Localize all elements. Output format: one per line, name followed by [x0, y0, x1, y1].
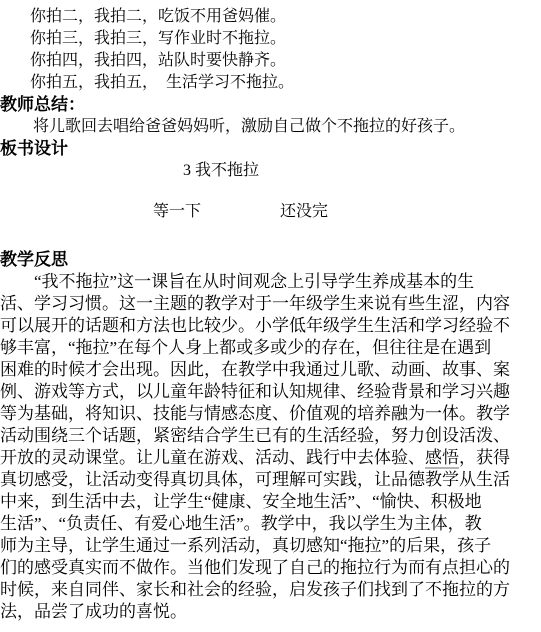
reflection-line: 师为主导，让学生通过一系列活动，真切感知“拖拉”的后果，孩子 [0, 535, 541, 557]
reflection-line: 生活”、“负责任、有爱心地生活”。教学中，我以学生为主体，教 [0, 513, 541, 535]
reflection-line: 中来，到生活中去，让学生“健康、安全地生活”、“愉快、积极地 [0, 491, 541, 513]
marked-line-pre: 开放的灵动课堂。让儿童在游戏、活动、践行中去体验、 [0, 448, 425, 467]
marked-line-post: ，获得 [459, 448, 510, 467]
reflection-line: 时候，来自同伴、家长和社会的经验，启发孩子们找到了不拖拉的方 [0, 579, 541, 601]
board-design-heading: 板书设计 [0, 138, 541, 160]
reflection-line: 活动围绕三个话题，紧密结合学生已有的生活经验，努力创设活泼、 [0, 425, 541, 447]
rhyme-line: 你拍二，我拍二，吃饭不用爸妈催。 [30, 6, 541, 28]
reflection-line: 法，品尝了成功的喜悦。 [0, 601, 541, 623]
reflection-line-marked: 开放的灵动课堂。让儿童在游戏、活动、践行中去体验、感悟，获得 [0, 447, 541, 469]
reflection-line: 活、学习习惯。这一主题的教学对于一年级学生来说有些生涩，内容 [0, 293, 541, 315]
teacher-summary-text: 将儿歌回去唱给爸爸妈妈听，激励自己做个不拖拉的好孩子。 [0, 116, 541, 138]
reflection-line: 们的感受真实而不做作。当他们发现了自己的拖拉行为而有点担心的 [0, 557, 541, 579]
reflection-line: 例、游戏等方式，以儿童年龄特征和认知规律、经验背景和学习兴趣 [0, 381, 541, 403]
board-item-right: 还没完 [280, 203, 328, 220]
board-item-left: 等一下 [153, 203, 201, 220]
board-title: 3 我不拖拉 [183, 160, 541, 182]
reflection-line: “我不拖拉”这一课旨在从时间观念上引导学生养成基本的生 [0, 271, 541, 293]
rhyme-line: 你拍五，我拍五， 生活学习不拖拉。 [30, 72, 541, 94]
board-items-row: 等一下还没完 [0, 201, 541, 223]
reflection-heading: 教学反思 [0, 249, 541, 271]
teacher-summary-heading: 教师总结： [0, 94, 541, 116]
reflection-paragraph: “我不拖拉”这一课旨在从时间观念上引导学生养成基本的生 活、学习习惯。这一主题的… [0, 271, 541, 623]
rhyme-section: 你拍二，我拍二，吃饭不用爸妈催。 你拍三，我拍三，写作业时不拖拉。 你拍四，我拍… [0, 0, 541, 94]
document-page: { "colors": { "background": "#ffffff", "… [0, 0, 541, 632]
underlined-word: 感悟 [425, 448, 459, 469]
reflection-line: 够丰富，“拖拉”在每个人身上都或多或少的存在，但往往是在遇到 [0, 337, 541, 359]
rhyme-line: 你拍四，我拍四，站队时要快静齐。 [30, 50, 541, 72]
reflection-line: 可以展开的话题和方法也比较少。小学低年级学生生活和学习经验不 [0, 315, 541, 337]
lesson-plan-document: 你拍二，我拍二，吃饭不用爸妈催。 你拍三，我拍三，写作业时不拖拉。 你拍四，我拍… [0, 0, 541, 632]
reflection-line: 真切感受，让活动变得真切具体，可理解可实践，让品德教学从生活 [0, 469, 541, 491]
reflection-line: 等为基础，将知识、技能与情感态度、价值观的培养融为一体。教学 [0, 403, 541, 425]
reflection-line: 困难的时候才会出现。因此，在教学中我通过儿歌、动画、故事、案 [0, 359, 541, 381]
rhyme-line: 你拍三，我拍三，写作业时不拖拉。 [30, 28, 541, 50]
